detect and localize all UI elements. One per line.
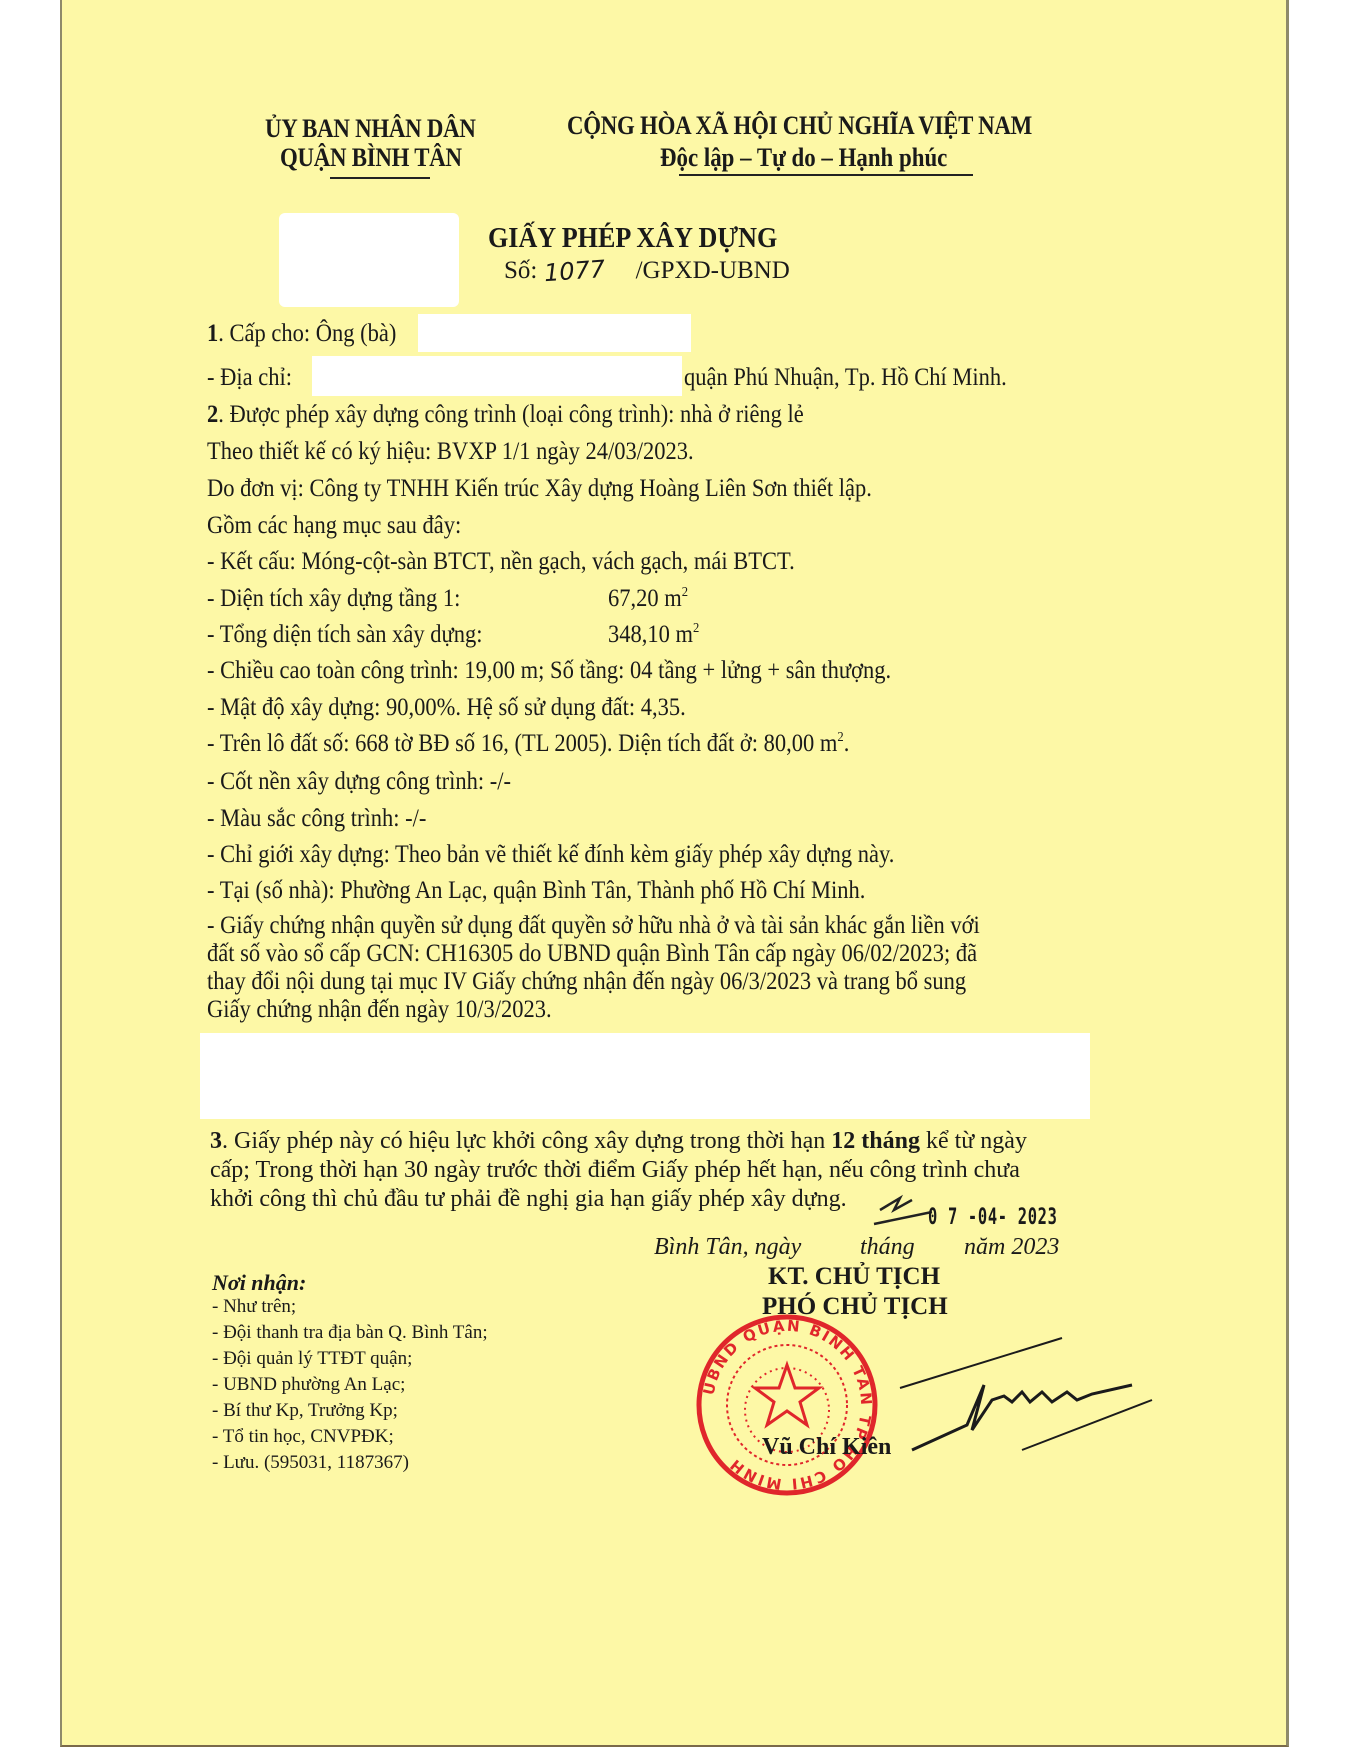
density-item: - Mật độ xây dựng: 90,00%. Hệ số sử dụng… (207, 694, 686, 722)
place-month: tháng (860, 1234, 915, 1261)
validity-line2: cấp; Trong thời hạn 30 ngày trước thời đ… (210, 1157, 1020, 1184)
certificate-line3: thay đổi nội dung tại mục IV Giấy chứng … (207, 968, 966, 996)
total-area-value: 348,10 m2 (608, 621, 699, 649)
validity-line3: khởi công thì chủ đầu tư phải đề nghị gi… (210, 1186, 847, 1213)
place-year: năm 2023 (964, 1234, 1059, 1261)
certificate-line1: - Giấy chứng nhận quyền sử dụng đất quyề… (207, 912, 980, 940)
certificate-line4: Giấy chứng nhận đến ngày 10/3/2023. (207, 996, 552, 1024)
recipient-item: - Tổ tin học, CNVPĐK; (212, 1424, 488, 1450)
nation-underline (679, 174, 973, 176)
document-title: GIẤY PHÉP XÂY DỰNG (488, 222, 777, 255)
official-seal-icon: UBND QUẬN BÌNH TÂN TP HỒ CHÍ MINH (692, 1310, 882, 1500)
recipient-line: 1. Cấp cho: Ông (bà) (207, 320, 396, 348)
redacted-name (418, 314, 691, 352)
location-item: - Tại (số nhà): Phường An Lạc, quận Bình… (207, 877, 865, 905)
redacted-address (312, 356, 682, 396)
foundation-item: - Cốt nền xây dựng công trình: -/- (207, 768, 511, 796)
design-ref: Theo thiết kế có ký hiệu: BVXP 1/1 ngày … (207, 438, 694, 466)
height-item: - Chiều cao toàn công trình: 19,00 m; Số… (207, 657, 891, 685)
document-page: ỦY BAN NHÂN DÂN QUẬN BÌNH TÂN CỘNG HÒA X… (60, 0, 1289, 1747)
place-date: Bình Tân, ngày (654, 1234, 801, 1261)
lot-item: - Trên lô đất số: 668 tờ BĐ số 16, (TL 2… (207, 730, 849, 758)
number-label: Số: (504, 257, 537, 284)
floor1-area-value: 67,20 m2 (608, 585, 688, 613)
nation-line1: CỘNG HÒA XÃ HỘI CHỦ NGHĨA VIỆT NAM (567, 111, 1032, 141)
recipient-item: - Đội thanh tra địa bàn Q. Bình Tân; (212, 1320, 488, 1346)
nation-motto: Độc lập – Tự do – Hạnh phúc (660, 143, 947, 173)
document-number: Số: 1077/GPXD-UBND (504, 256, 790, 285)
items-intro: Gồm các hạng mục sau đây: (207, 512, 461, 540)
structure-item: - Kết cấu: Móng-cột-sàn BTCT, nền gạch, … (207, 548, 795, 576)
number-suffix: /GPXD-UBND (636, 257, 790, 284)
redacted-block (279, 213, 459, 307)
issuer-line2: QUẬN BÌNH TÂN (280, 143, 462, 173)
date-stamp: 0 7 -04- 2023 (928, 1205, 1058, 1230)
color-item: - Màu sắc công trình: -/- (207, 805, 426, 833)
validity-line1: 3. Giấy phép này có hiệu lực khởi công x… (210, 1128, 1027, 1155)
recipients-title: Nơi nhận: (212, 1270, 306, 1296)
permit-type: 2. Được phép xây dựng công trình (loại c… (207, 401, 804, 429)
issuer-line1: ỦY BAN NHÂN DÂN (265, 114, 476, 144)
boundary-item: - Chỉ giới xây dựng: Theo bản vẽ thiết k… (207, 841, 894, 869)
handwritten-number: 1077 (543, 253, 637, 287)
recipient-item: - Bí thư Kp, Trưởng Kp; (212, 1398, 488, 1424)
recipient-item: - Đội quản lý TTĐT quận; (212, 1346, 488, 1372)
certificate-line2: đất số vào sổ cấp GCN: CH16305 do UBND q… (207, 940, 977, 968)
floor1-area-label: - Diện tích xây dựng tầng 1: (207, 585, 460, 613)
recipients-list: - Như trên; - Đội thanh tra địa bàn Q. B… (212, 1294, 488, 1476)
signer-name: Vũ Chí Kiên (762, 1434, 891, 1461)
signer-title1: KT. CHỦ TỊCH (768, 1263, 940, 1291)
recipient-item: - Như trên; (212, 1294, 488, 1320)
issuer-underline (330, 177, 430, 179)
recipient-item: - Lưu. (595031, 1187367) (212, 1450, 488, 1476)
designer: Do đơn vị: Công ty TNHH Kiến trúc Xây dự… (207, 475, 872, 503)
address-label: - Địa chỉ: (207, 364, 292, 392)
signature-icon (892, 1330, 1192, 1460)
address-tail: quận Phú Nhuận, Tp. Hồ Chí Minh. (684, 364, 1007, 392)
signer-title2: PHÓ CHỦ TỊCH (762, 1293, 948, 1321)
total-area-label: - Tổng diện tích sàn xây dựng: (207, 621, 482, 649)
recipient-item: - UBND phường An Lạc; (212, 1372, 488, 1398)
redacted-paragraph (200, 1033, 1090, 1119)
